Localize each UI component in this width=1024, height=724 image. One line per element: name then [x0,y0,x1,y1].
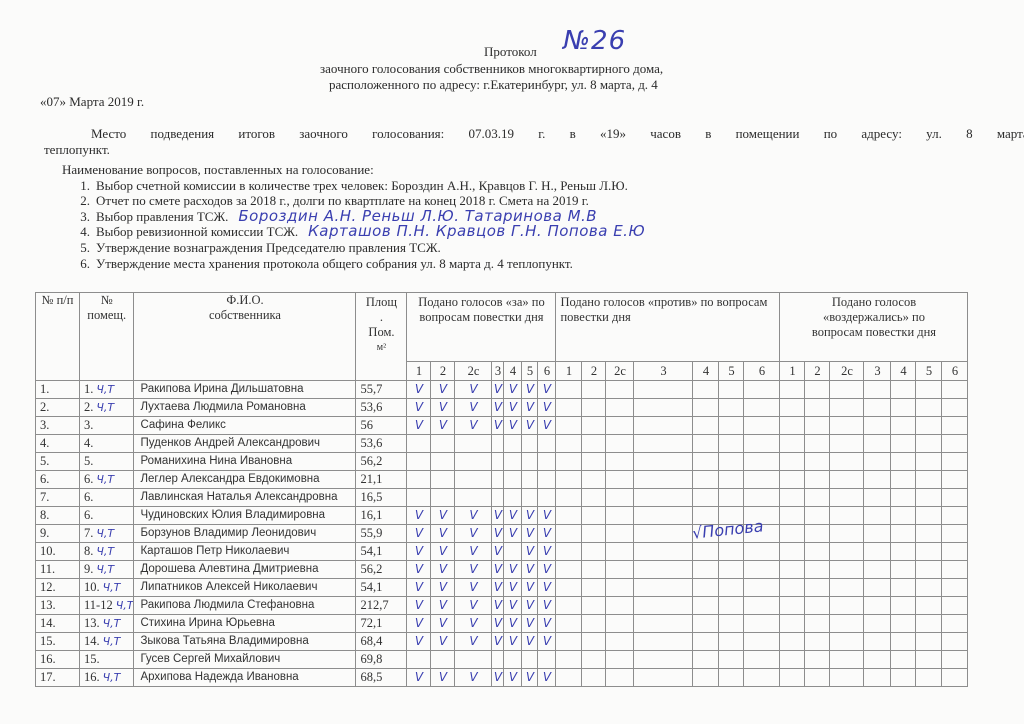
vote-abstain-cell [830,525,864,543]
row-area: 53,6 [356,399,407,417]
vote-against-cell [556,615,582,633]
vote-abstain-cell [942,525,968,543]
vote-abstain-cell [891,435,916,453]
vote-col-against: 2с [606,362,634,381]
place-line1: Место подведения итогов заочного голосов… [91,126,1024,142]
vote-against-cell [744,651,780,669]
vote-against-cell [606,669,634,687]
vote-against-cell [634,399,693,417]
table-row: 7.6.Лавлинская Наталья Александровна16,5 [36,489,968,507]
vote-col-for: 2с [455,362,492,381]
row-owner-name: Архипова Надежда Ивановна [134,669,356,687]
vote-for-cell: V [407,507,431,525]
vote-against-cell [744,561,780,579]
vote-for-cell [431,435,455,453]
row-owner-name: Зыкова Татьяна Владимировна [134,633,356,651]
vote-against-cell [693,435,719,453]
vote-abstain-cell [891,615,916,633]
room-handwritten-mark: Ч,Т [96,383,114,396]
vote-for-cell: V [522,597,538,615]
row-area: 56,2 [356,561,407,579]
vote-col-against: 3 [634,362,693,381]
vote-against-cell [582,399,606,417]
vote-abstain-cell [830,381,864,399]
question-text: Утверждение места хранения протокола общ… [96,256,573,271]
vote-abstain-cell [864,417,891,435]
vote-abstain-cell [864,381,891,399]
vote-against-cell [634,597,693,615]
vote-abstain-cell [916,561,942,579]
vote-against-cell [606,525,634,543]
vote-against-cell [744,579,780,597]
row-num: 13. [36,597,80,615]
row-num: 3. [36,417,80,435]
vote-against-cell [606,651,634,669]
vote-for-cell: V [492,507,504,525]
vote-for-cell: V [455,399,492,417]
vote-against-cell [744,471,780,489]
vote-abstain-cell [864,633,891,651]
vote-abstain-cell [942,381,968,399]
question-text: Выбор ревизионной комиссии ТСЖ. [96,224,298,239]
vote-abstain-cell [891,579,916,597]
vote-abstain-cell [891,489,916,507]
vote-against-cell [582,489,606,507]
vote-abstain-cell [942,507,968,525]
vote-abstain-cell [830,633,864,651]
vote-against-cell [744,615,780,633]
question-number: 6. [62,256,90,272]
question-handwritten-note: Карташов П.Н. Кравцов Г.Н. Попова Е.Ю [308,222,645,240]
vote-abstain-cell [830,453,864,471]
vote-abstain-cell [805,543,830,561]
vote-for-cell: V [455,525,492,543]
vote-for-cell: V [431,597,455,615]
vote-against-cell [634,543,693,561]
vote-for-cell: V [431,525,455,543]
vote-abstain-cell [830,561,864,579]
vote-abstain-cell [830,471,864,489]
row-area: 21,1 [356,471,407,489]
question-number: 2. [62,193,90,209]
vote-against-cell [634,453,693,471]
vote-col-abstain: 6 [942,362,968,381]
room-number: 13. [84,616,100,630]
vote-abstain-cell [830,651,864,669]
vote-against-cell [634,525,693,543]
vote-for-cell: V [504,507,522,525]
vote-against-cell [744,453,780,471]
vote-against-cell [606,417,634,435]
vote-against-cell [634,381,693,399]
vote-against-cell [582,381,606,399]
table-row: 2.2.Ч,ТЛухтаева Людмила Романовна53,6VVV… [36,399,968,417]
vote-against-cell [556,417,582,435]
row-room: 4. [80,435,134,453]
vote-for-cell: V [431,507,455,525]
room-number: 6. [84,508,93,522]
row-num: 4. [36,435,80,453]
col-header-name-l2: собственника [134,308,355,323]
vote-against-cell [693,579,719,597]
vote-for-cell: V [492,669,504,687]
vote-for-cell: V [504,633,522,651]
col-header-area-l2: . [356,310,406,325]
vote-abstain-cell [805,453,830,471]
vote-col-against: 1 [556,362,582,381]
vote-against-cell [634,471,693,489]
room-number: 16. [84,670,100,684]
question-text: Выбор счетной комиссии в количестве трех… [96,178,628,193]
vote-for-cell: V [538,525,556,543]
vote-against-cell [556,561,582,579]
vote-against-cell [582,651,606,669]
vote-abstain-cell [864,525,891,543]
vote-against-cell [693,651,719,669]
vote-against-cell [719,633,744,651]
vote-against-cell [719,615,744,633]
vote-abstain-cell [942,597,968,615]
vote-abstain-cell [916,417,942,435]
vote-for-cell [407,651,431,669]
table-row: 14.13.Ч,ТСтихина Ирина Юрьевна72,1VVVVVV… [36,615,968,633]
vote-abstain-cell [916,651,942,669]
vote-abstain-cell [780,417,805,435]
vote-abstain-cell [916,543,942,561]
vote-for-cell: V [522,633,538,651]
vote-for-cell [455,489,492,507]
row-room: 6.Ч,Т [80,471,134,489]
vote-for-cell [455,471,492,489]
room-handwritten-mark: Ч,Т [96,401,114,414]
col-header-name-l1: Ф.И.О. [134,293,355,308]
row-owner-name: Ракипова Ирина Дильшатовна [134,381,356,399]
row-area: 16,5 [356,489,407,507]
vote-abstain-cell [916,579,942,597]
vote-against-cell [744,489,780,507]
vote-for-cell: V [522,579,538,597]
vote-abstain-cell [942,615,968,633]
vote-abstain-cell [780,543,805,561]
vote-against-cell [634,489,693,507]
table-row: 1.1.Ч,ТРакипова Ирина Дильшатовна55,7VVV… [36,381,968,399]
table-row: 8.6.Чудиновских Юлия Владимировна16,1VVV… [36,507,968,525]
vote-col-abstain: 5 [916,362,942,381]
vote-for-cell [522,435,538,453]
room-number: 6. [84,472,93,486]
question-number: 3. [62,209,90,225]
vote-for-cell: V [455,579,492,597]
vote-for-cell [407,471,431,489]
vote-abstain-cell [942,543,968,561]
vote-for-cell: V [504,399,522,417]
room-number: 5. [84,454,93,468]
vote-against-cell [556,525,582,543]
room-number: 3. [84,418,93,432]
vote-abstain-cell [830,489,864,507]
row-area: 16,1 [356,507,407,525]
vote-abstain-cell [891,471,916,489]
doc-subtitle-line1: заочного голосования собственников много… [320,61,663,77]
vote-for-cell: V [455,417,492,435]
vote-abstain-cell [891,399,916,417]
row-room: 8.Ч,Т [80,543,134,561]
vote-col-abstain: 3 [864,362,891,381]
table-row: 12.10.Ч,ТЛипатников Алексей Николаевич54… [36,579,968,597]
room-handwritten-mark: Ч,Т [103,635,121,648]
vote-abstain-cell [780,381,805,399]
vote-for-cell [522,471,538,489]
vote-abstain-cell [916,489,942,507]
row-area: 56,2 [356,453,407,471]
vote-against-cell [582,417,606,435]
vote-abstain-cell [864,471,891,489]
vote-for-cell: V [504,525,522,543]
vote-against-cell [606,399,634,417]
vote-abstain-cell [916,507,942,525]
vote-against-cell [556,579,582,597]
row-room: 13.Ч,Т [80,615,134,633]
row-owner-name: Леглер Александра Евдокимовна [134,471,356,489]
row-room: 2.Ч,Т [80,399,134,417]
room-handwritten-mark: Ч,Т [103,617,121,630]
question-item: 1.Выбор счетной комиссии в количестве тр… [62,178,645,194]
table-row: 6.6.Ч,ТЛеглер Александра Евдокимовна21,1 [36,471,968,489]
vote-abstain-cell [864,669,891,687]
vote-abstain-cell [916,633,942,651]
row-owner-name: Липатников Алексей Николаевич [134,579,356,597]
vote-abstain-cell [780,471,805,489]
vote-against-cell [582,633,606,651]
question-number: 4. [62,224,90,240]
doc-subtitle-line2: расположенного по адресу: г.Екатеринбург… [329,77,658,93]
vote-col-for: 3 [492,362,504,381]
vote-for-cell [504,489,522,507]
voting-table: № п/п № помещ. Ф.И.О. собственника Площ … [35,292,968,687]
vote-for-cell: V [431,543,455,561]
vote-against-cell [634,669,693,687]
vote-for-cell [504,435,522,453]
vote-abstain-cell [864,543,891,561]
vote-abstain-cell [805,669,830,687]
row-area: 69,8 [356,651,407,669]
vote-against-cell [719,399,744,417]
col-header-for: Подано голосов «за» по вопросам повестки… [407,293,556,362]
vote-abstain-cell [830,543,864,561]
vote-abstain-cell [805,417,830,435]
vote-abstain-cell [891,543,916,561]
row-owner-name: Гусев Сергей Михайлович [134,651,356,669]
vote-for-cell [407,453,431,471]
vote-for-cell: V [522,417,538,435]
vote-for-cell: V [407,561,431,579]
vote-for-cell: V [407,399,431,417]
vote-for-cell: V [538,579,556,597]
vote-abstain-cell [780,651,805,669]
vote-for-cell: V [492,633,504,651]
vote-abstain-cell [780,561,805,579]
vote-against-cell [606,507,634,525]
vote-abstain-cell [805,615,830,633]
vote-for-cell [455,453,492,471]
row-num: 14. [36,615,80,633]
row-owner-name: Пуденков Андрей Александрович [134,435,356,453]
vote-abstain-cell [864,651,891,669]
vote-for-cell: V [455,597,492,615]
vote-for-cell: V [492,399,504,417]
row-area: 72,1 [356,615,407,633]
vote-for-cell: V [407,543,431,561]
vote-for-cell: V [455,615,492,633]
vote-abstain-cell [864,453,891,471]
vote-abstain-cell [864,615,891,633]
room-number: 1. [84,382,93,396]
vote-for-cell: V [538,633,556,651]
question-text: Отчет по смете расходов за 2018 г., долг… [96,193,589,208]
questions-list: Наименование вопросов, поставленных на г… [62,162,645,271]
row-num: 9. [36,525,80,543]
vote-against-cell [606,471,634,489]
room-number: 15. [84,652,100,666]
room-handwritten-mark: Ч,Т [96,545,114,558]
vote-against-cell [582,579,606,597]
vote-for-cell [522,489,538,507]
vote-for-cell: V [538,507,556,525]
vote-for-cell: V [504,615,522,633]
vote-for-cell: V [492,579,504,597]
col-header-area-l4: м² [356,340,406,355]
vote-against-cell [744,669,780,687]
doc-title: Протокол [484,44,537,60]
table-row: 4.4.Пуденков Андрей Александрович53,6 [36,435,968,453]
vote-against-cell [556,669,582,687]
vote-for-cell [431,489,455,507]
vote-for-cell: V [407,381,431,399]
room-handwritten-mark: Ч,Т [96,473,114,486]
vote-against-cell [606,633,634,651]
vote-against-cell [719,543,744,561]
vote-for-cell: V [522,543,538,561]
vote-for-cell [522,651,538,669]
table-row: 10.8.Ч,ТКарташов Петр Николаевич54,1VVVV… [36,543,968,561]
row-room: 15. [80,651,134,669]
col-header-area-l1: Площ [356,295,406,310]
row-area: 68,5 [356,669,407,687]
vote-abstain-cell [830,399,864,417]
room-number: 14. [84,634,100,648]
vote-against-cell [719,471,744,489]
col-header-name: Ф.И.О. собственника [134,293,356,381]
vote-for-cell: V [407,579,431,597]
vote-for-cell: V [407,525,431,543]
room-number: 2. [84,400,93,414]
vote-for-cell: V [522,525,538,543]
vote-abstain-cell [805,471,830,489]
vote-for-cell [538,651,556,669]
row-num: 2. [36,399,80,417]
vote-abstain-cell [805,597,830,615]
row-room: 16.Ч,Т [80,669,134,687]
vote-for-cell: V [431,669,455,687]
vote-abstain-cell [830,615,864,633]
vote-for-cell [431,651,455,669]
vote-for-cell [431,471,455,489]
row-owner-name: Ракипова Людмила Стефановна [134,597,356,615]
vote-for-cell: V [407,615,431,633]
vote-col-for: 4 [504,362,522,381]
vote-for-cell: V [455,507,492,525]
row-area: 54,1 [356,579,407,597]
vote-against-cell [693,399,719,417]
vote-for-cell: V [431,417,455,435]
vote-abstain-cell [805,651,830,669]
vote-abstain-cell [916,669,942,687]
room-number: 10. [84,580,100,594]
room-handwritten-mark: Ч,Т [116,599,134,612]
vote-against-cell [582,525,606,543]
vote-abstain-cell [830,417,864,435]
row-room: 9.Ч,Т [80,561,134,579]
question-number: 5. [62,240,90,256]
row-area: 56 [356,417,407,435]
vote-for-cell [455,435,492,453]
vote-for-cell: V [431,615,455,633]
vote-abstain-cell [780,615,805,633]
vote-abstain-cell [780,525,805,543]
row-area: 55,7 [356,381,407,399]
room-handwritten-mark: Ч,Т [103,581,121,594]
row-room: 3. [80,417,134,435]
vote-against-cell [693,561,719,579]
vote-col-for: 2 [431,362,455,381]
row-owner-name: Лухтаева Людмила Романовна [134,399,356,417]
row-area: 68,4 [356,633,407,651]
vote-for-cell: V [504,597,522,615]
row-owner-name: Лавлинская Наталья Александровна [134,489,356,507]
vote-abstain-cell [830,669,864,687]
vote-for-cell: V [492,597,504,615]
vote-for-cell: V [522,507,538,525]
vote-for-cell: V [504,669,522,687]
row-area: 55,9 [356,525,407,543]
table-row: 16.15.Гусев Сергей Михайлович69,8 [36,651,968,669]
vote-against-cell [693,615,719,633]
row-num: 10. [36,543,80,561]
vote-against-cell [719,651,744,669]
vote-against-cell [634,507,693,525]
vote-for-cell [538,471,556,489]
vote-against-cell [719,435,744,453]
vote-against-cell [556,507,582,525]
vote-abstain-cell [916,525,942,543]
vote-against-cell [556,399,582,417]
row-num: 1. [36,381,80,399]
row-room: 14.Ч,Т [80,633,134,651]
vote-abstain-cell [942,633,968,651]
vote-against-cell [606,435,634,453]
vote-against-cell [634,651,693,669]
vote-abstain-cell [942,651,968,669]
vote-abstain-cell [830,507,864,525]
room-number: 4. [84,436,93,450]
vote-for-cell: V [407,669,431,687]
vote-for-cell: V [538,615,556,633]
vote-for-cell: V [407,633,431,651]
vote-for-cell: V [431,633,455,651]
vote-for-cell: V [492,381,504,399]
vote-abstain-cell [805,507,830,525]
doc-date: «07» Марта 2019 г. [40,94,144,110]
